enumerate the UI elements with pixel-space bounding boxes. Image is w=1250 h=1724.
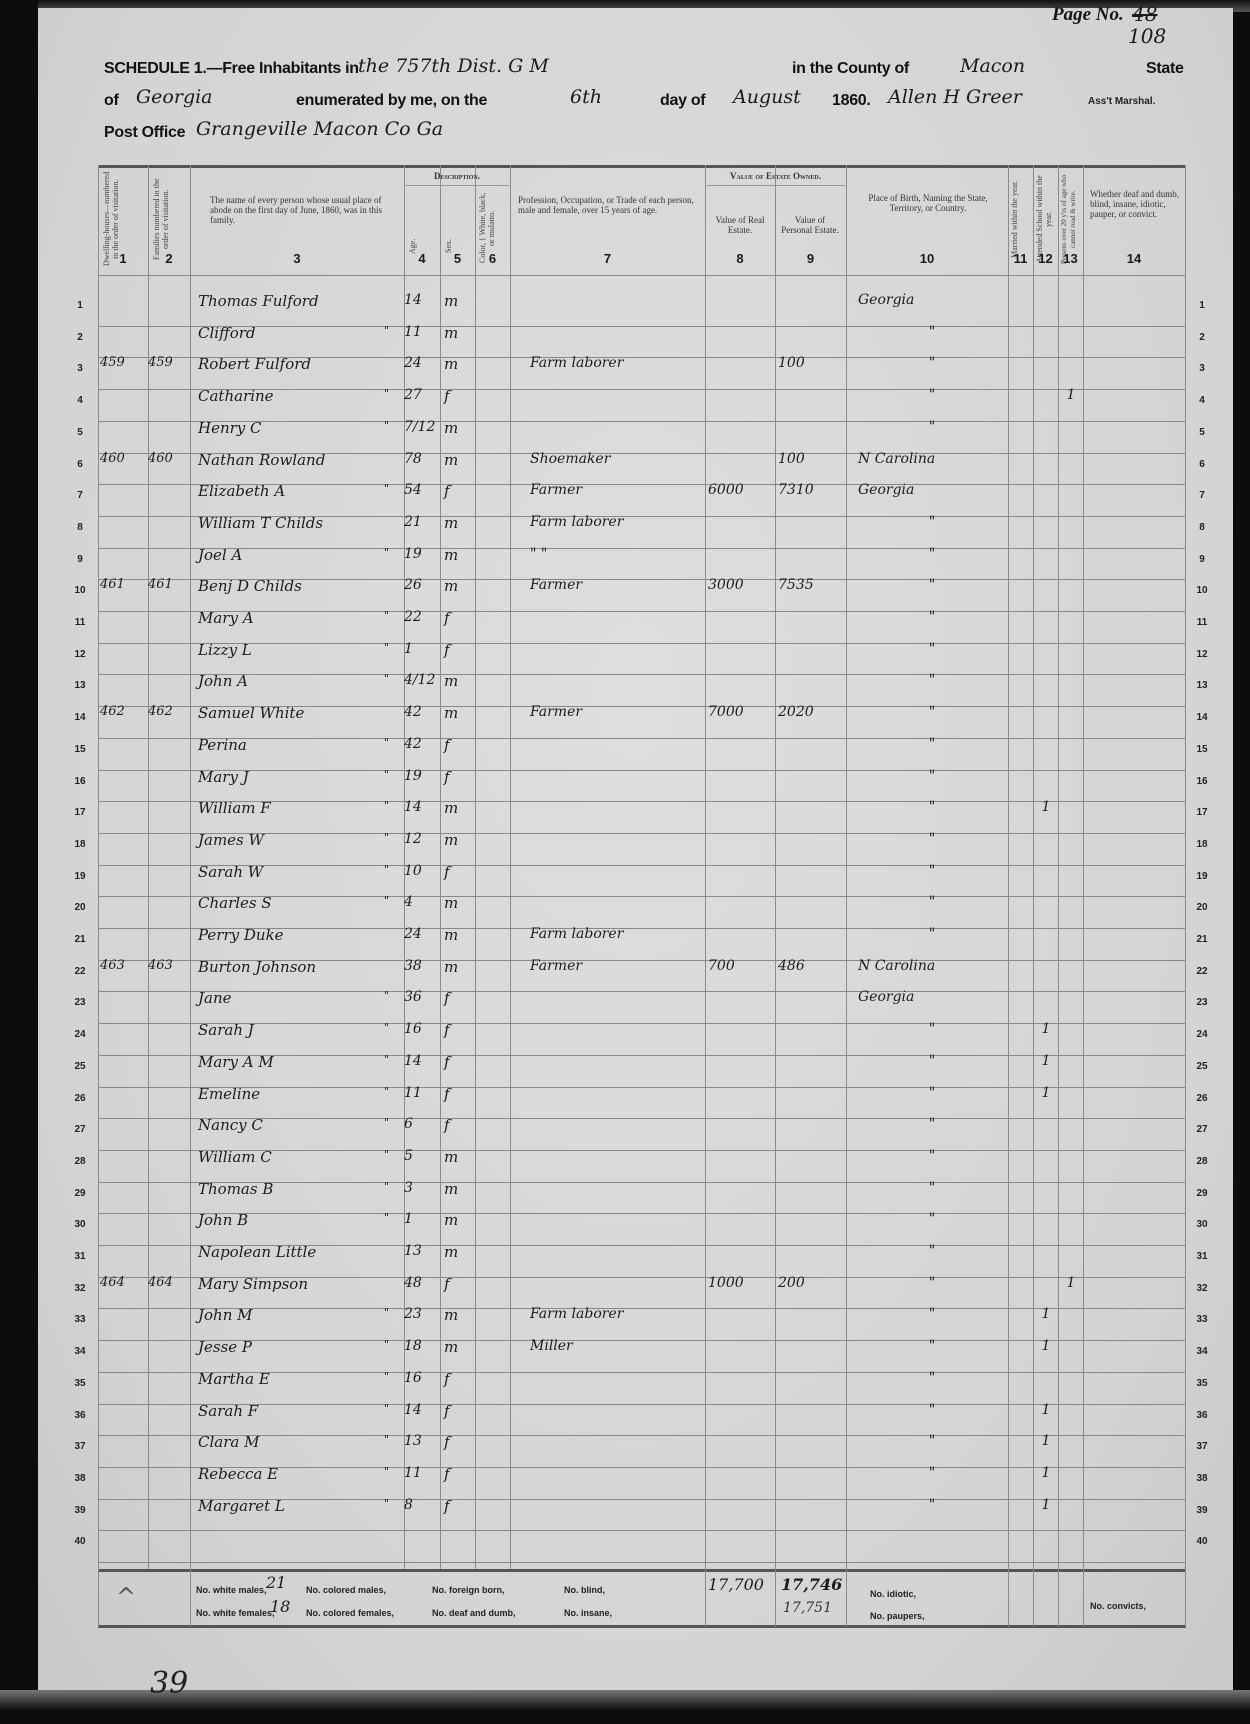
cell-personal: 200 [778,1275,805,1291]
cell-birth: " [858,324,1006,340]
row-number-right: 2 [1190,332,1214,343]
totals-top-rule [98,1569,1186,1572]
row-rule [98,643,1186,644]
row-number-right: 20 [1190,902,1214,913]
row-number-right: 5 [1190,427,1214,438]
cell-ditto: " [384,863,389,876]
row-rule [98,674,1186,675]
row-number-right: 7 [1190,490,1214,501]
cell-birth: " [858,387,1006,403]
colored-males-label: No. colored males, [306,1585,386,1595]
col-divider [846,165,847,1627]
row-number-left: 27 [68,1124,92,1135]
cell-name: Mary Simpson [198,1275,308,1293]
row-number-left: 4 [68,395,92,406]
cell-name: John M [198,1306,253,1324]
cell-sex: m [444,1338,458,1356]
col-divider [775,165,776,1627]
cell-sex: m [444,958,458,976]
cell-ditto: " [384,546,389,559]
cell-ditto: " [384,641,389,654]
cell-age: 5 [404,1148,413,1164]
cell-sex: m [444,831,458,849]
row-number-left: 31 [68,1251,92,1262]
white-females-value: 18 [270,1597,290,1616]
row-number-left: 40 [68,1536,92,1547]
row-rule [98,326,1186,327]
cell-sex: f [444,387,450,405]
col-number: 11 [1008,251,1033,266]
cell-name: Mary A [198,609,254,627]
col-divider [1058,165,1059,1627]
cell-illiterate: 1 [1060,387,1082,403]
cell-age: 13 [404,1433,422,1449]
row-number-left: 13 [68,680,92,691]
col-divider [475,165,476,1569]
cell-sex: m [444,324,458,342]
row-number-right: 38 [1190,1473,1214,1484]
cell-ditto: " [384,609,389,622]
row-number-right: 40 [1190,1536,1214,1547]
cell-birth: " [858,1021,1006,1037]
cell-birth: " [858,546,1006,562]
row-number-left: 8 [68,522,92,533]
cell-ditto: " [384,1370,389,1383]
cell-age: 19 [404,768,422,784]
row-number-left: 11 [68,617,92,628]
cell-name: Mary A M [198,1053,274,1071]
enumerated-label: enumerated by me, on the [296,92,487,110]
col-divider [440,165,441,1569]
cell-sex: m [444,546,458,564]
cell-birth: " [858,736,1006,752]
county-value: Macon [960,55,1025,77]
cell-sex: f [444,989,450,1007]
row-number-right: 18 [1190,839,1214,850]
col-divider [1033,165,1034,1627]
row-number-left: 28 [68,1156,92,1167]
row-number-left: 3 [68,363,92,374]
cell-sex: f [444,1275,450,1293]
cell-age: 16 [404,1370,422,1386]
cell-sex: m [444,704,458,722]
cell-ditto: " [384,1465,389,1478]
cell-occupation: Farmer [530,704,582,720]
cell-age: 18 [404,1338,422,1354]
post-office-value: Grangeville Macon Co Ga [196,118,443,140]
idiotic-label: No. idiotic, [870,1589,916,1599]
row-number-right: 30 [1190,1219,1214,1230]
cell-birth: " [858,704,1006,720]
cell-name: William F [198,799,271,817]
cell-occupation: Miller [530,1338,573,1354]
cell-ditto: " [384,1338,389,1351]
cell-birth: " [858,1116,1006,1132]
description-rule [404,185,510,186]
cell-school: 1 [1035,1465,1057,1481]
row-rule [98,1213,1186,1214]
cell-ditto: " [384,324,389,337]
row-number-left: 22 [68,966,92,977]
cell-birth: " [858,1275,1006,1291]
row-number-right: 23 [1190,997,1214,1008]
cell-sex: m [444,926,458,944]
cell-birth: " [858,768,1006,784]
estate-rule [705,185,846,186]
row-number-left: 5 [68,427,92,438]
row-number-left: 37 [68,1441,92,1452]
col-divider [1008,165,1009,1627]
cell-ditto: " [384,768,389,781]
cell-sex: f [444,1402,450,1420]
row-number-right: 26 [1190,1093,1214,1104]
row-number-left: 29 [68,1188,92,1199]
bottom-note: 39 [150,1666,188,1701]
cell-sex: f [444,1116,450,1134]
row-number-right: 11 [1190,617,1214,628]
cell-age: 24 [404,926,422,942]
cell-family: 460 [148,451,173,466]
cell-ditto: " [384,1402,389,1415]
col-divider [148,165,149,1569]
row-number-right: 21 [1190,934,1214,945]
cell-name: Jane [198,989,232,1007]
row-number-left: 33 [68,1314,92,1325]
cell-name: Clifford [198,324,256,342]
cell-sex: f [444,1370,450,1388]
col-number: 5 [440,251,475,266]
row-number-left: 17 [68,807,92,818]
cell-name: William T Childs [198,514,323,532]
cell-dwelling: 459 [100,355,125,370]
row-number-left: 9 [68,554,92,565]
cell-sex: f [444,736,450,754]
cell-name: Napolean Little [198,1243,316,1261]
cell-ditto: " [384,1021,389,1034]
cell-sex: m [444,799,458,817]
col-number: 7 [510,251,705,266]
col-divider [98,165,99,1627]
row-number-left: 21 [68,934,92,945]
cell-age: 6 [404,1116,413,1132]
cell-birth: N Carolina [858,958,1006,974]
cell-birth: " [858,419,1006,435]
row-number-left: 26 [68,1093,92,1104]
cell-birth: " [858,1338,1006,1354]
row-number-left: 36 [68,1410,92,1421]
cell-sex: f [444,1085,450,1103]
cell-name: Catharine [198,387,274,405]
cell-birth: " [858,1148,1006,1164]
cell-name: Emeline [198,1085,260,1103]
cell-age: 12 [404,831,422,847]
col-number: 6 [475,251,510,266]
row-number-left: 30 [68,1219,92,1230]
row-number-left: 16 [68,776,92,787]
row-number-left: 38 [68,1473,92,1484]
cell-age: 1 [404,1211,413,1227]
row-number-right: 31 [1190,1251,1214,1262]
cell-occupation: Farmer [530,577,582,593]
cell-age: 10 [404,863,422,879]
cell-occupation: Farmer [530,958,582,974]
cell-name: Nathan Rowland [198,451,325,469]
convicts-label: No. convicts, [1090,1601,1146,1611]
cell-sex: f [444,1465,450,1483]
col-number: 8 [705,251,775,266]
row-rule [98,738,1186,739]
row-number-left: 24 [68,1029,92,1040]
cell-age: 48 [404,1275,422,1291]
row-number-right: 33 [1190,1314,1214,1325]
col-divider [705,165,706,1627]
cell-birth: " [858,1497,1006,1513]
cell-school: 1 [1035,1433,1057,1449]
row-number-right: 25 [1190,1061,1214,1072]
cell-name: Perry Duke [198,926,284,944]
row-number-right: 15 [1190,744,1214,755]
cell-ditto: " [384,894,389,907]
col-number: 1 [98,251,148,266]
cell-occupation: Farmer [530,482,582,498]
row-rule [98,1308,1186,1309]
real-estate-total: 17,700 [708,1575,764,1594]
row-number-right: 22 [1190,966,1214,977]
cell-birth: Georgia [858,292,1006,308]
row-number-right: 9 [1190,554,1214,565]
cell-ditto: " [384,1085,389,1098]
cell-name: James W [198,831,264,849]
cell-age: 78 [404,451,422,467]
cell-age: 14 [404,799,422,815]
cell-birth: " [858,1053,1006,1069]
row-rule [98,1562,1186,1563]
cell-illiterate: 1 [1060,1275,1082,1291]
cell-family: 463 [148,958,173,973]
cell-sex: m [444,292,458,310]
cell-ditto: " [384,482,389,495]
row-number-left: 7 [68,490,92,501]
cell-age: 54 [404,482,422,498]
cell-sex: m [444,577,458,595]
blind-label: No. blind, [564,1585,605,1595]
col-number: 9 [775,251,846,266]
cell-school: 1 [1035,1402,1057,1418]
cell-age: 38 [404,958,422,974]
cell-name: Robert Fulford [198,355,311,373]
col14-header: Whether deaf and dumb, blind, insane, id… [1090,189,1180,219]
row-number-left: 18 [68,839,92,850]
cell-dwelling: 462 [100,704,125,719]
cell-real: 1000 [708,1275,744,1291]
cell-sex: f [444,768,450,786]
row-number-left: 2 [68,332,92,343]
county-label: in the County of [792,60,909,78]
cell-name: Elizabeth A [198,482,285,500]
cell-birth: " [858,1085,1006,1101]
col-divider [190,165,191,1627]
row-number-right: 34 [1190,1346,1214,1357]
marshal-name: Allen H Greer [888,86,1022,108]
cell-name: Thomas B [198,1180,273,1198]
cell-age: 23 [404,1306,422,1322]
header-rule [98,275,1186,276]
cell-birth: " [858,1243,1006,1259]
cell-name: Lizzy L [198,641,252,659]
row-number-left: 10 [68,585,92,596]
row-number-left: 6 [68,459,92,470]
cell-birth: Georgia [858,989,1006,1005]
cell-occupation: " " [530,546,547,562]
cell-personal: 100 [778,355,805,371]
cell-ditto: " [384,672,389,685]
row-number-left: 39 [68,1505,92,1516]
cell-name: Nancy C [198,1116,263,1134]
cell-age: 14 [404,1402,422,1418]
cell-age: 22 [404,609,422,625]
year-value: 1860. [832,92,871,110]
cell-school: 1 [1035,1085,1057,1101]
cell-birth: " [858,672,1006,688]
row-rule [98,770,1186,771]
cell-birth: " [858,1306,1006,1322]
cell-school: 1 [1035,1021,1057,1037]
cell-sex: f [444,641,450,659]
cell-ditto: " [384,989,389,1002]
cell-personal: 100 [778,451,805,467]
foreign-born-label: No. foreign born, [432,1585,505,1595]
table-top-rule [98,165,1186,168]
col-divider [510,165,511,1569]
cell-sex: m [444,894,458,912]
cell-real: 7000 [708,704,744,720]
cell-age: 11 [404,324,422,340]
row-rule [98,1087,1186,1088]
personal-estate-total-alt: 17,751 [783,1600,832,1616]
cell-age: 7/12 [404,419,435,435]
col8-header: Value of Real Estate. [709,215,771,235]
cell-age: 36 [404,989,422,1005]
cell-age: 19 [404,546,422,562]
cell-birth: " [858,641,1006,657]
row-number-left: 12 [68,649,92,660]
paupers-label: No. paupers, [870,1611,925,1621]
estate-group-header: Value of Estate Owned. [705,171,846,181]
row-number-right: 35 [1190,1378,1214,1389]
cell-birth: " [858,609,1006,625]
cell-birth: " [858,355,1006,371]
district-value: the 757th Dist. G M [358,55,549,77]
cell-birth: " [858,1433,1006,1449]
cell-birth: " [858,577,1006,593]
cell-name: Mary J [198,768,249,786]
colored-females-label: No. colored females, [306,1608,394,1618]
cell-occupation: Shoemaker [530,451,610,467]
cell-school: 1 [1035,799,1057,815]
row-number-left: 25 [68,1061,92,1072]
row-number-right: 12 [1190,649,1214,660]
row-number-right: 27 [1190,1124,1214,1135]
description-group-header: Description. [404,171,510,181]
row-number-right: 36 [1190,1410,1214,1421]
row-number-left: 23 [68,997,92,1008]
day-value: 6th [570,86,602,108]
col3-header: The name of every person whose usual pla… [210,195,390,225]
cell-name: Benj D Childs [198,577,302,595]
row-number-right: 1 [1190,300,1214,311]
row-rule [98,548,1186,549]
cell-name: John A [198,672,248,690]
cell-family: 462 [148,704,173,719]
col-number: 13 [1058,251,1083,266]
cell-birth: " [858,1402,1006,1418]
cell-occupation: Farm laborer [530,355,623,371]
cell-sex: m [444,1211,458,1229]
cell-name: Burton Johnson [198,958,316,976]
row-number-right: 3 [1190,363,1214,374]
row-rule [98,991,1186,992]
cell-personal: 2020 [778,704,814,720]
cell-name: Thomas Fulford [198,292,319,310]
page-number-struck: 48 [1132,2,1157,26]
post-office-label: Post Office [104,124,185,142]
row-number-right: 24 [1190,1029,1214,1040]
cell-age: 42 [404,704,422,720]
col-number: 4 [404,251,440,266]
white-females-label: No. white females, [196,1608,275,1618]
row-number-right: 13 [1190,680,1214,691]
cell-age: 4/12 [404,672,435,688]
tally-mark: ^ [116,1583,136,1611]
cell-dwelling: 464 [100,1275,125,1290]
row-number-right: 14 [1190,712,1214,723]
cell-name: Clara M [198,1433,259,1451]
cell-age: 16 [404,1021,422,1037]
cell-ditto: " [384,1211,389,1224]
cell-name: Sarah J [198,1021,254,1039]
cell-birth: " [858,863,1006,879]
cell-name: Henry C [198,419,262,437]
of-label: of [104,92,119,110]
marshal-label: Ass't Marshal. [1088,96,1155,107]
cell-sex: f [444,482,450,500]
cell-sex: m [444,1243,458,1261]
cell-ditto: " [384,736,389,749]
page-number: 108 [1128,24,1166,48]
cell-sex: f [444,1433,450,1451]
cell-dwelling: 461 [100,577,125,592]
row-number-left: 15 [68,744,92,755]
schedule-title: SCHEDULE 1.—Free Inhabitants in [104,60,359,78]
cell-occupation: Farm laborer [530,1306,623,1322]
col7-header: Profession, Occupation, or Trade of each… [518,195,698,215]
day-of-label: day of [660,92,705,110]
row-number-left: 1 [68,300,92,311]
cell-birth: N Carolina [858,451,1006,467]
cell-personal: 486 [778,958,805,974]
cell-name: Sarah F [198,1402,258,1420]
row-number-right: 28 [1190,1156,1214,1167]
col-number: 10 [846,251,1008,266]
cell-occupation: Farm laborer [530,926,623,942]
cell-birth: " [858,1180,1006,1196]
cell-age: 14 [404,1053,422,1069]
table-bottom-rule [98,1625,1186,1628]
cell-name: William C [198,1148,272,1166]
cell-name: Samuel White [198,704,304,722]
row-number-left: 34 [68,1346,92,1357]
census-table: Description. Value of Estate Owned. Dwel… [98,165,1186,1627]
